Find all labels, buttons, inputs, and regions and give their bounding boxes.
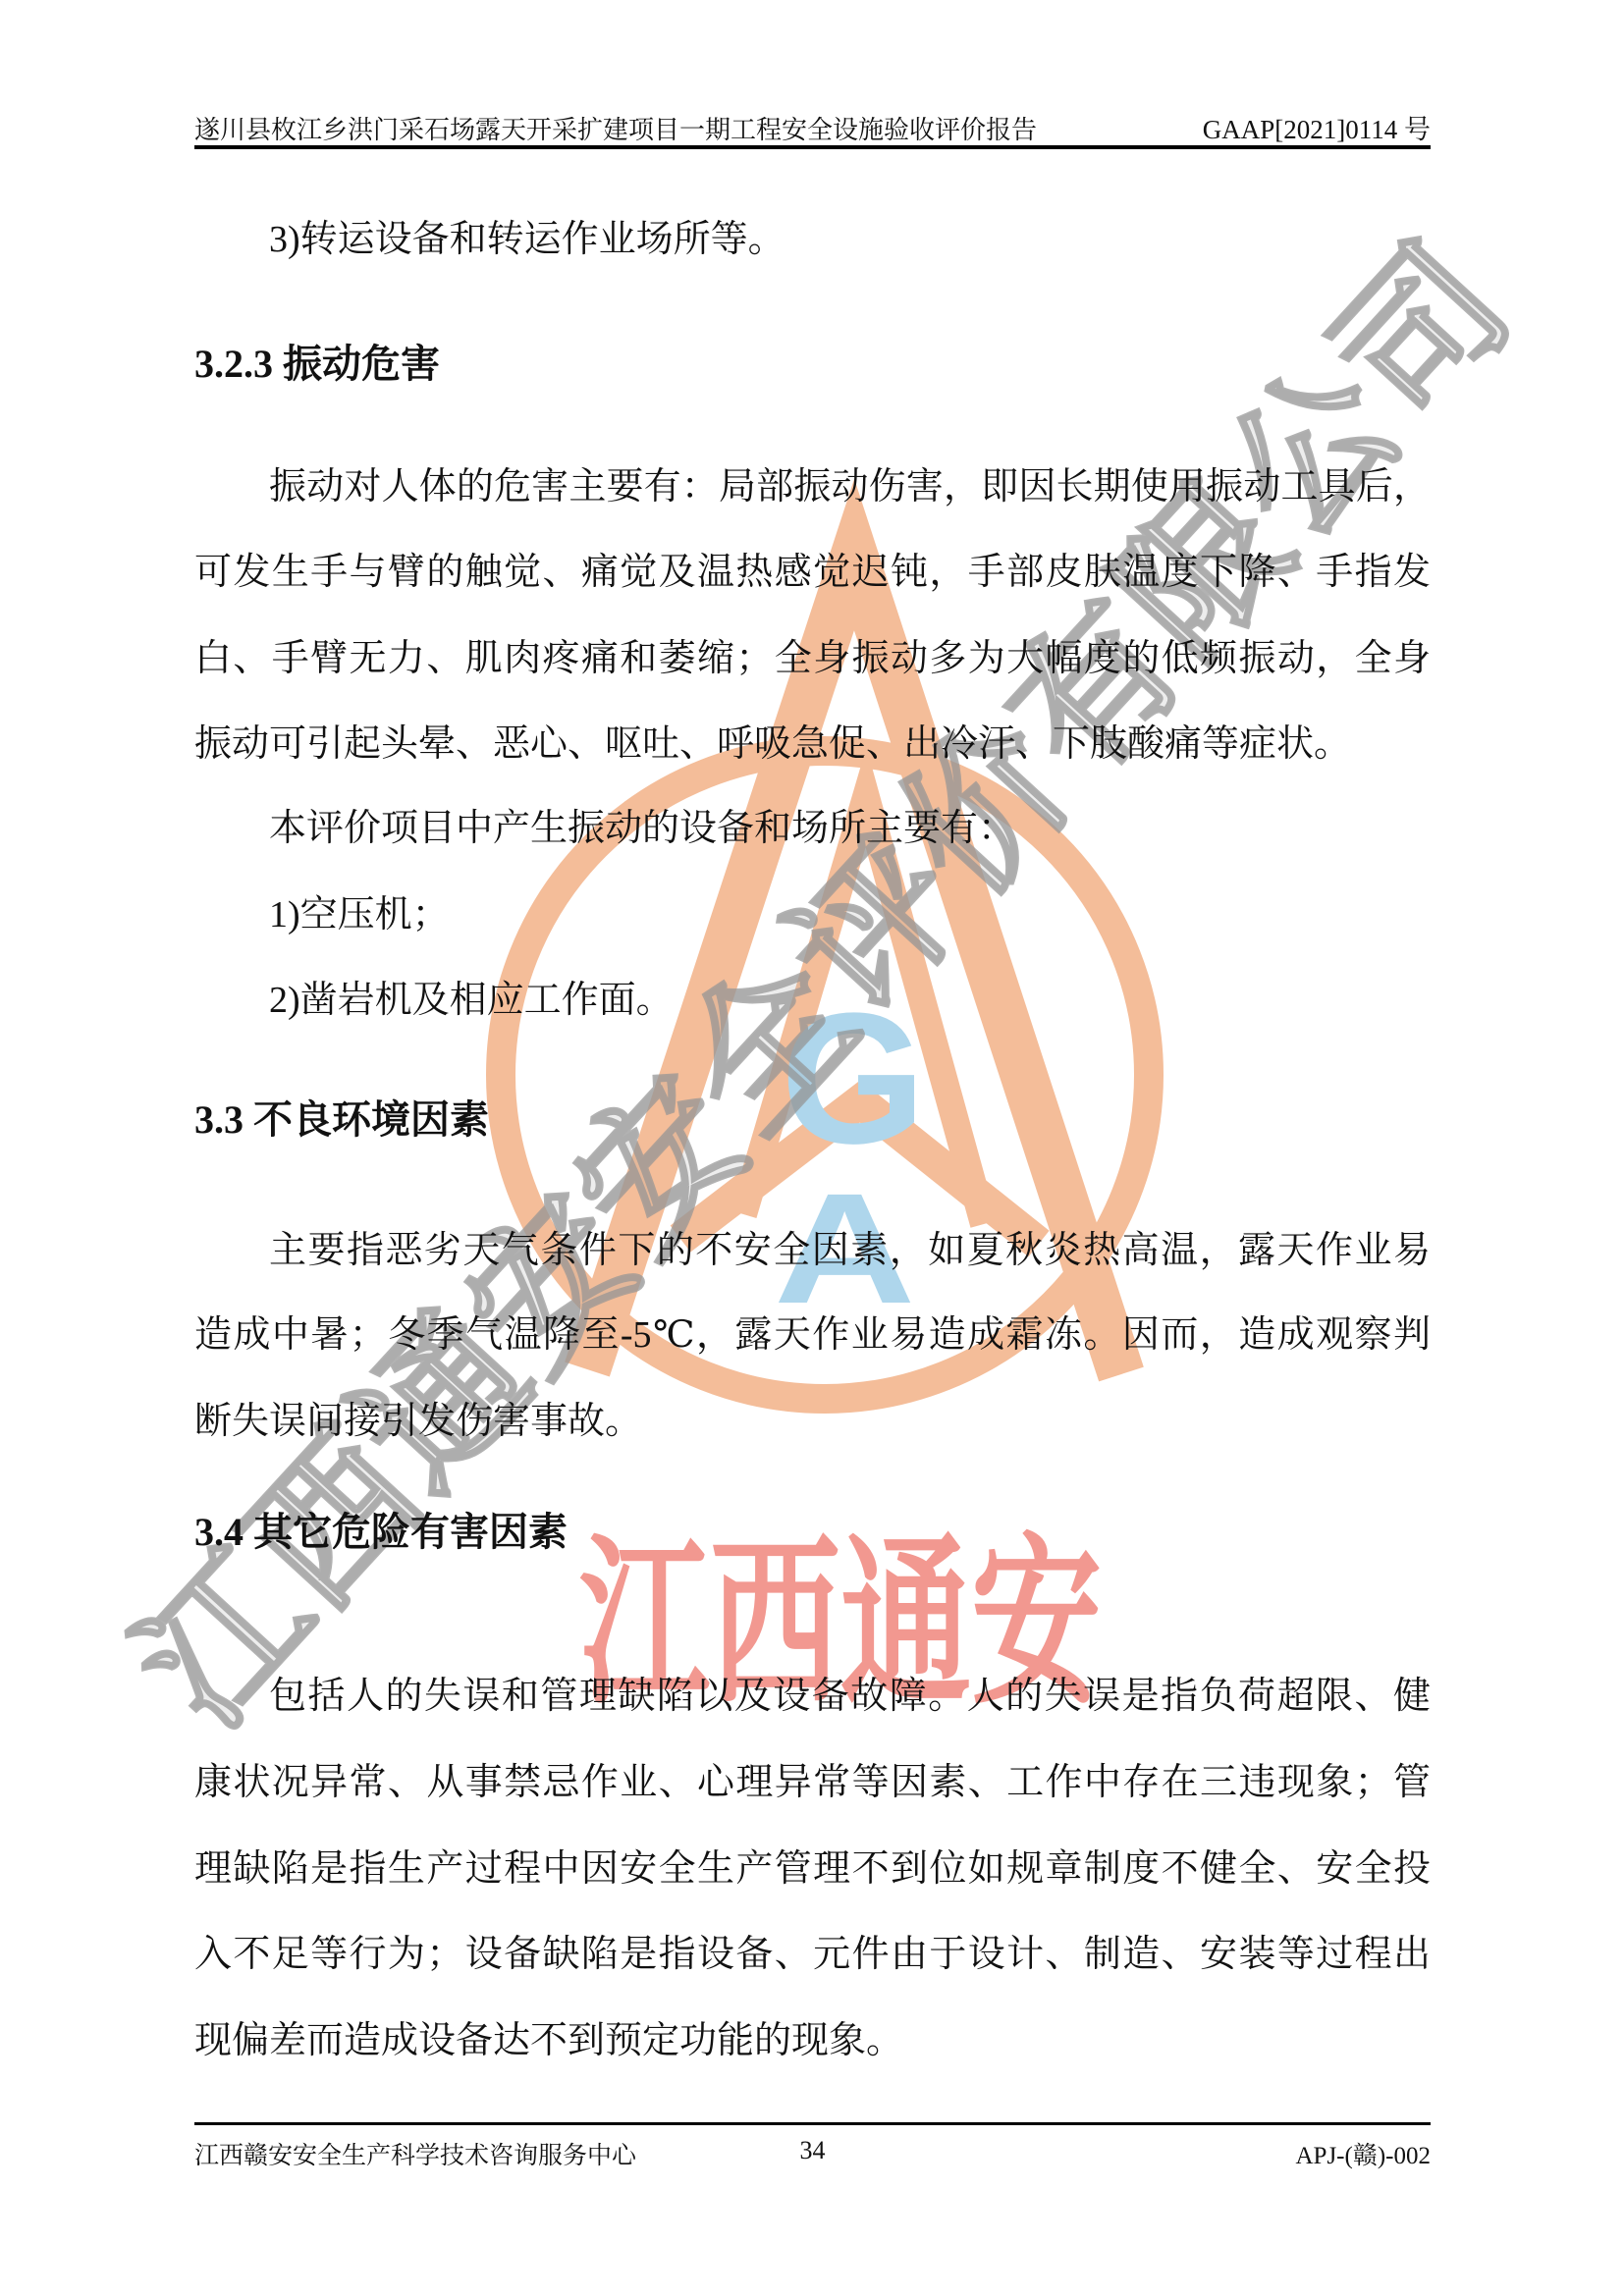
heading-3-2-3: 3.2.3 振动危害	[194, 339, 1431, 390]
paragraph-line: 振动可引起头晕、恶心、呕吐、呼吸急促、出冷汗、下肢酸痛等症状。	[194, 719, 1431, 770]
paragraph-line: 包括人的失误和管理缺陷以及设备故障。人的失误是指负荷超限、健	[194, 1671, 1431, 1722]
header-document-number: GAAP[2021]0114 号	[194, 108, 1431, 146]
paragraph-line: 本评价项目中产生振动的设备和场所主要有：	[194, 803, 1431, 854]
document-page: G A 江西通安安全评价有限公司 江西通安 遂川县枚江乡洪门采石场露天开采扩建项…	[0, 0, 1624, 2296]
header-rule	[194, 145, 1431, 149]
paragraph-line: 振动对人体的危害主要有：局部振动伤害，即因长期使用振动工具后，	[194, 461, 1431, 512]
heading-3-3: 3.3 不良环境因素	[194, 1095, 1431, 1146]
footer-document-code: APJ-(赣)-002	[194, 2136, 1431, 2171]
heading-3-4: 3.4 其它危险有害因素	[194, 1507, 1431, 1558]
paragraph-line: 断失误间接引发伤害事故。	[194, 1396, 1431, 1447]
list-item-line: 3)转运设备和转运作业场所等。	[194, 214, 1431, 265]
paragraph-line: 主要指恶劣天气条件下的不安全因素，如夏秋炎热高温，露天作业易	[194, 1225, 1431, 1276]
paragraph-line: 可发生手与臂的触觉、痛觉及温热感觉迟钝，手部皮肤温度下降、手指发	[194, 547, 1431, 598]
paragraph-line: 现偏差而造成设备达不到预定功能的现象。	[194, 2015, 1431, 2066]
footer-rule	[194, 2122, 1431, 2125]
paragraph-line: 造成中暑；冬季气温降至-5℃，露天作业易造成霜冻。因而，造成观察判	[194, 1309, 1431, 1361]
paragraph-line: 入不足等行为；设备缺陷是指设备、元件由于设计、制造、安装等过程出	[194, 1929, 1431, 1980]
paragraph-line: 白、手臂无力、肌肉疼痛和萎缩；全身振动多为大幅度的低频振动，全身	[194, 633, 1431, 684]
paragraph-line: 理缺陷是指生产过程中因安全生产管理不到位如规章制度不健全、安全投	[194, 1843, 1431, 1895]
list-item-line: 1)空压机；	[194, 889, 1431, 940]
list-item-line: 2)凿岩机及相应工作面。	[194, 975, 1431, 1026]
paragraph-line: 康状况异常、从事禁忌作业、心理异常等因素、工作中存在三违现象；管	[194, 1757, 1431, 1808]
